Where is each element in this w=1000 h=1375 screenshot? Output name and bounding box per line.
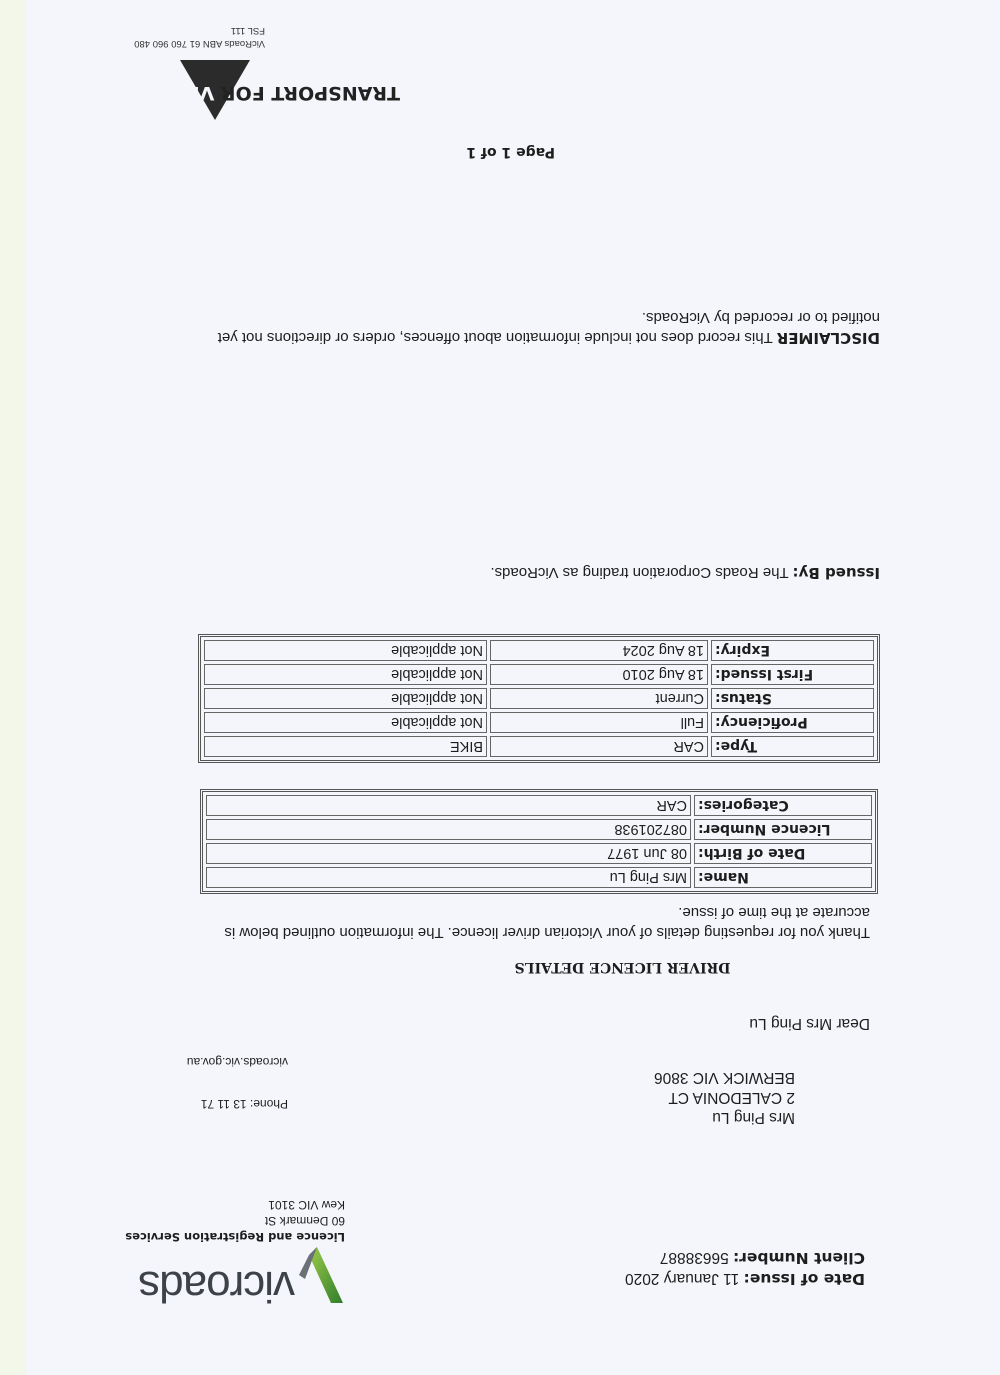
recipient-street: 2 CALEDONIA CT (654, 1087, 795, 1107)
date-of-issue-label: Date of Issue: (744, 1270, 865, 1288)
proficiency-car: Full (490, 712, 708, 733)
name-value: Mrs Ping Lu (206, 867, 691, 888)
issued-by-label: Issued By: (793, 564, 880, 582)
abn: VicRoads ABN 61 760 960 480 (134, 37, 265, 50)
first-issued-car: 18 Aug 2010 (490, 664, 708, 685)
table-row: Proficiency:FullNot applicable (204, 712, 874, 733)
personal-details-table: Name:Mrs Ping Lu Date of Birth:08 Jun 19… (200, 789, 878, 894)
name-label: Name: (694, 867, 872, 888)
office-street: 60 Denmark St (125, 1213, 345, 1229)
office-name: Licence and Registration Services (125, 1229, 345, 1245)
transport-for-victoria-logo: TRANSPORT FOR VICTORIA (90, 60, 400, 120)
form-code: FSL 111 (134, 24, 265, 37)
dob-label: Date of Birth: (694, 843, 872, 864)
status-car: Current (490, 688, 708, 709)
tfv-text-right: VICTORIA (113, 82, 214, 104)
phone: Phone: 13 11 71 (187, 1083, 288, 1125)
date-of-issue: 11 January 2020 (625, 1270, 739, 1287)
type-label: Type: (711, 736, 874, 757)
abn-info: VicRoads ABN 61 760 960 480 FSL 111 (134, 24, 265, 50)
office-city: Kew VIC 3101 (125, 1197, 345, 1213)
status-label: Status: (711, 688, 874, 709)
contact-info: Phone: 13 11 71 vicroads.vic.gov.au (187, 1041, 288, 1125)
categories-value: CAR (206, 795, 691, 816)
expiry-bike: Not applicable (204, 640, 487, 661)
vicroads-wordmark: vicroads (139, 1261, 295, 1311)
type-car: CAR (490, 736, 708, 757)
disclaimer: DISCLAIMER This record does not include … (180, 307, 880, 348)
licence-number-label: Licence Number: (694, 819, 872, 840)
tfv-text-left: TRANSPORT FOR (214, 82, 400, 104)
website-link[interactable]: vicroads.vic.gov.au (187, 1041, 288, 1083)
licence-letter-page: Date of Issue: 11 January 2020 Client Nu… (0, 0, 1000, 1375)
dob-value: 08 Jun 1977 (206, 843, 691, 864)
table-row: First Issued:18 Aug 2010Not applicable (204, 664, 874, 685)
table-row: Type:CARBIKE (204, 736, 874, 757)
table-row: Categories:CAR (206, 795, 872, 816)
client-number-label: Client Number: (733, 1249, 865, 1267)
licence-type-table: Type:CARBIKE Proficiency:FullNot applica… (198, 634, 880, 763)
licence-number-value: 087201938 (206, 819, 691, 840)
categories-label: Categories: (694, 795, 872, 816)
proficiency-bike: Not applicable (204, 712, 487, 733)
recipient-name: Mrs Ping Lu (654, 1107, 795, 1127)
table-row: Status:CurrentNot applicable (204, 688, 874, 709)
office-address: Licence and Registration Services 60 Den… (125, 1197, 345, 1245)
recipient-address: Mrs Ping Lu 2 CALEDONIA CT BERWICK VIC 3… (654, 1067, 795, 1127)
status-bike: Not applicable (204, 688, 487, 709)
expiry-car: 18 Aug 2024 (490, 640, 708, 661)
salutation: Dear Mrs Ping Lu (749, 1014, 870, 1032)
issued-by-text: The Roads Corporation trading as VicRoad… (490, 564, 788, 581)
table-row: Name:Mrs Ping Lu (206, 867, 872, 888)
vicroads-logo: vicroads (115, 1245, 345, 1305)
disclaimer-label: DISCLAIMER (777, 329, 880, 347)
letter-heading: DRIVER LICENCE DETAILS (0, 959, 1000, 975)
issued-by: Issued By: The Roads Corporation trading… (490, 564, 880, 582)
first-issued-label: First Issued: (711, 664, 874, 685)
vicroads-chevron-icon (297, 1243, 345, 1305)
table-row: Licence Number:087201938 (206, 819, 872, 840)
first-issued-bike: Not applicable (204, 664, 487, 685)
table-row: Date of Birth:08 Jun 1977 (206, 843, 872, 864)
issue-details: Date of Issue: 11 January 2020 Client Nu… (625, 1247, 865, 1289)
table-row: Expiry:18 Aug 2024Not applicable (204, 640, 874, 661)
client-number: 56638887 (660, 1249, 729, 1266)
intro-paragraph: Thank you for requesting details of your… (210, 902, 870, 942)
recipient-city: BERWICK VIC 3806 (654, 1067, 795, 1087)
expiry-label: Expiry: (711, 640, 874, 661)
page-number: Page 1 of 1 (466, 144, 555, 160)
type-bike: BIKE (204, 736, 487, 757)
proficiency-label: Proficiency: (711, 712, 874, 733)
